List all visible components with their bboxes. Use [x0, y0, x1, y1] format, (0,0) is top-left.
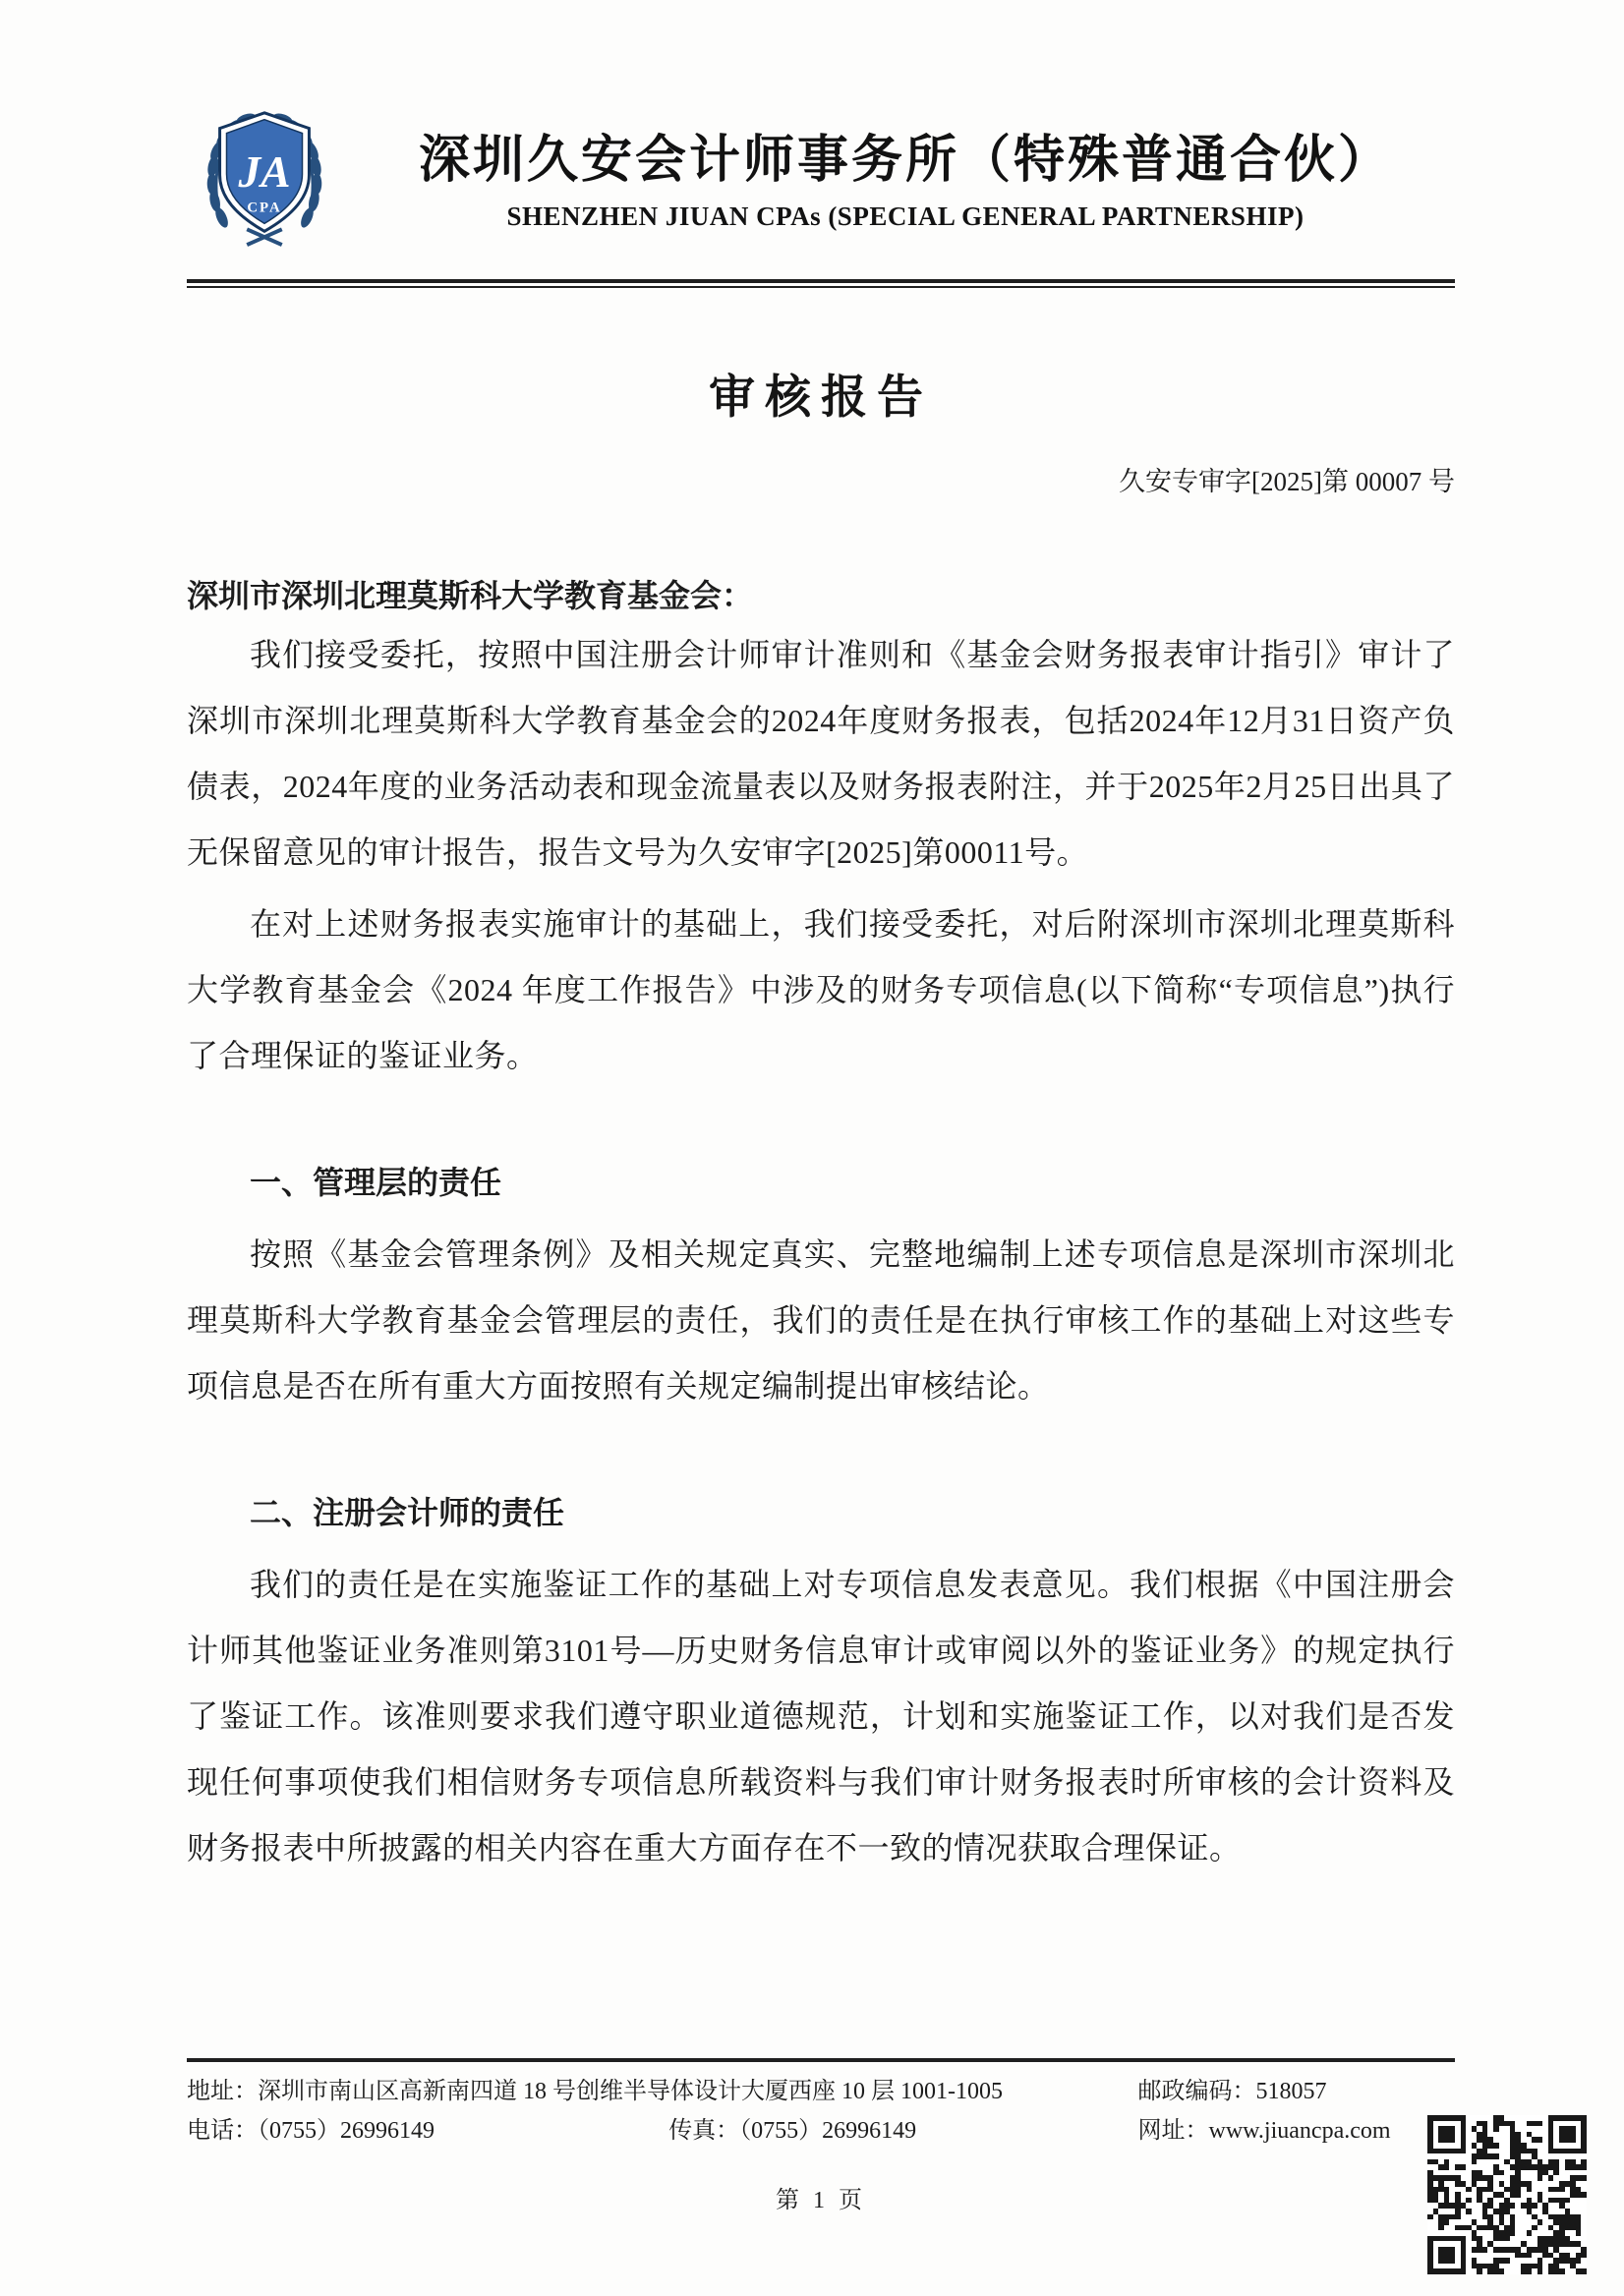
footer-fax: 传真：（0755）26996149 [668, 2111, 1137, 2151]
footer-website-label: 网址： [1137, 2118, 1208, 2144]
addressee-line: 深圳市深圳北理莫斯科大学教育基金会： [187, 571, 1455, 616]
cpa-shield-wreath-icon: JA CPA [187, 96, 342, 254]
reference-number: 久安专审字[2025]第 00007 号 [187, 460, 1455, 498]
footer-contact-grid: 地址：深圳市南山区高新南四道 18 号创维半导体设计大厦西座 10 层 1001… [187, 2072, 1455, 2151]
section-heading-management-responsibility: 一、管理层的责任 [187, 1150, 1455, 1216]
footer-postal-label: 邮政编码： [1137, 2079, 1255, 2104]
footer-rule [187, 2058, 1455, 2062]
section-heading-cpa-responsibility: 二、注册会计师的责任 [187, 1480, 1455, 1546]
logo-monogram: JA [238, 147, 291, 197]
company-name-en: SHENZHEN JIUAN CPAs (SPECIAL GENERAL PAR… [356, 201, 1455, 232]
footer-postal: 邮政编码：518057 [1137, 2072, 1455, 2111]
paragraph-engagement: 我们接受委托，按照中国注册会计师审计准则和《基金会财务报表审计指引》审计了深圳市… [187, 622, 1455, 886]
page-footer: 地址：深圳市南山区高新南四道 18 号创维半导体设计大厦西座 10 层 1001… [187, 2058, 1455, 2214]
page-number: 第 1 页 [187, 2180, 1455, 2214]
footer-fax-value: （0755）26996149 [739, 2118, 916, 2144]
qr-code [1427, 2115, 1587, 2274]
document-page: JA CPA 深圳久安会计师事务所（特殊普通合伙） SHENZHEN JIUAN… [0, 0, 1624, 2296]
footer-address-label: 地址： [187, 2079, 258, 2104]
paragraph-cpa-responsibility: 我们的责任是在实施鉴证工作的基础上对专项信息发表意见。我们根据《中国注册会计师其… [187, 1552, 1455, 1881]
company-name-cn: 深圳久安会计师事务所（特殊普通合伙） [356, 118, 1455, 192]
footer-phone-label: 电话： [187, 2118, 258, 2144]
footer-phone: 电话：（0755）26996149 [187, 2111, 668, 2151]
company-names: 深圳久安会计师事务所（特殊普通合伙） SHENZHEN JIUAN CPAs (… [356, 118, 1455, 232]
footer-postal-value: 518057 [1255, 2079, 1326, 2104]
paragraph-management-responsibility: 按照《基金会管理条例》及相关规定真实、完整地编制上述专项信息是深圳市深圳北理莫斯… [187, 1222, 1455, 1419]
footer-fax-label: 传真： [668, 2118, 739, 2144]
footer-website-value: www.jiuancpa.com [1208, 2118, 1390, 2144]
report-title: 审核报告 [187, 361, 1455, 427]
paragraph-scope: 在对上述财务报表实施审计的基础上，我们接受委托，对后附深圳市深圳北理莫斯科大学教… [187, 891, 1455, 1089]
footer-address: 地址：深圳市南山区高新南四道 18 号创维半导体设计大厦西座 10 层 1001… [187, 2072, 1137, 2111]
document-content: JA CPA 深圳久安会计师事务所（特殊普通合伙） SHENZHEN JIUAN… [187, 0, 1455, 1881]
letterhead: JA CPA 深圳久安会计师事务所（特殊普通合伙） SHENZHEN JIUAN… [187, 96, 1455, 254]
logo-caption: CPA [247, 201, 281, 216]
footer-phone-value: （0755）26996149 [258, 2118, 435, 2144]
footer-address-value: 深圳市南山区高新南四道 18 号创维半导体设计大厦西座 10 层 1001-10… [258, 2079, 1003, 2104]
letterhead-rule [187, 279, 1455, 288]
company-logo-icon: JA CPA [187, 96, 342, 254]
footer-website: 网址：www.jiuancpa.com [1137, 2111, 1455, 2151]
